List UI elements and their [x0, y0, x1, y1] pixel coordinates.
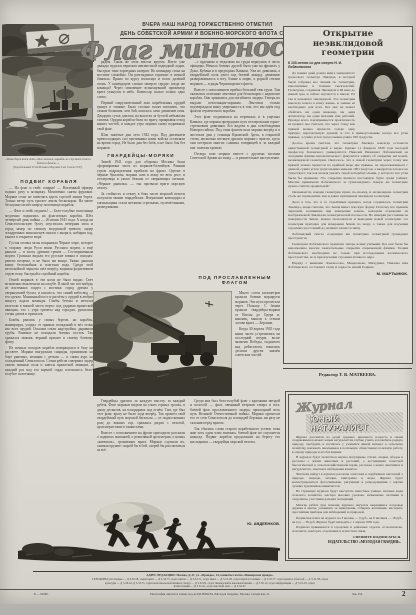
- paragraph: — Флаг и гюйс поднять! — Бело-голубые по…: [5, 209, 93, 239]
- feature-signature: М. МАРТЫНЮК.: [288, 271, 408, 276]
- ship-caption: «Пока держится хоть один человек, корабл…: [3, 158, 93, 170]
- paragraph: Шли тяжёлые дни лета 1942 года. Под давл…: [97, 133, 185, 150]
- paragraph: Многие ребята при помощи журнала научатс…: [292, 504, 403, 516]
- article-body: ...с орденами и медалями на груди вернул…: [190, 60, 280, 160]
- article-body: — На флаг и гюйс смирно! — Вахтенный офи…: [5, 186, 93, 376]
- paragraph: Дело в том, что в те отдалённые времена,…: [288, 200, 408, 230]
- soldiers-charging-illustration: [12, 499, 280, 565]
- article-body: Зимой 1941 года для обороны Москвы была …: [97, 160, 185, 209]
- magazine-ad-box: Журнал ЮНЫЙ НАТУРАЛИСТ Журнал рассчитан …: [285, 391, 410, 561]
- paragraph: Подписная плата на журнал: на 3 месяца —…: [292, 517, 403, 525]
- paragraph: За стойкость и отвагу в боях части морск…: [97, 192, 185, 209]
- article-body: Много сотен километров прошли боевые мар…: [235, 291, 280, 358]
- ship-caption-source: (Корабельный Устав Военно-Морских Сил Со…: [3, 166, 93, 170]
- paragraph: Наряду с именами Ломоносова, Менделеева,…: [288, 261, 408, 270]
- paragraph: Когда 30 апреля 1945 года наши части уст…: [235, 327, 280, 357]
- newspaper-page: ВЧЕРА НАШ НАРОД ТОРЖЕСТВЕННО ОТМЕТИЛ ДЕН…: [0, 0, 416, 615]
- section-heading-gvardeytsy-moryaki: ГВАРДЕЙЦЫ-МОРЯКИ: [97, 153, 185, 158]
- paragraph: Много сотен километров прошли боевые мар…: [235, 291, 280, 326]
- footer-phones: ТЕЛЕФОНЫ для справок — Д 3-30-58, секрет…: [36, 578, 384, 589]
- paragraph: Огней моряков в эти ночи не было видно. …: [5, 278, 93, 317]
- paragraph: В журнале будут печататься научно-популя…: [292, 456, 403, 472]
- footer-address: АДРЕС РЕДАКЦИИ: Москва, Д-47, ул. «Правд…: [60, 574, 360, 578]
- article-body: Среди них был бело-голубой флаг с красны…: [190, 399, 280, 444]
- ad-body: Журнал рассчитан на детей среднего школь…: [292, 436, 403, 534]
- paragraph: — На флаг и гюйс смирно! — Вахтенный офи…: [5, 186, 93, 208]
- paragraph: Отсюда шли моряки вместе с другими частя…: [190, 152, 280, 161]
- ad-closing: СПЕШИТЕ ПОДПИСАТЬСЯ.: [292, 535, 401, 539]
- paragraph: ...с орденами и медалями на груди вернул…: [190, 60, 280, 86]
- paragraph: Из ночных походов корабль возвращался в …: [5, 346, 93, 376]
- editor-line: Редактор Т. В. МАТВЕЕВА.: [283, 372, 412, 377]
- footer-rule-top: [33, 571, 412, 572]
- slogan-line-1: ВЧЕРА НАШ НАРОД ТОРЖЕСТВЕННО ОТМЕТИЛ: [142, 22, 272, 30]
- article-column-2: рядом. Такая же мгла висела кругом. Вахт…: [97, 60, 185, 291]
- footer-printer: Типография «Красное знамя» изд-ва ЦК ВЛК…: [70, 592, 350, 596]
- paragraph: Среди них был бело-голубой флаг с красны…: [190, 399, 280, 425]
- feature-title-line-2: геометрии: [322, 48, 375, 58]
- paragraph: Оказывается, каждая геометрия права по-с…: [288, 190, 408, 199]
- article-body: рядом. Такая же мгла висела кругом. Вахт…: [97, 60, 185, 150]
- ad-logo-title: ЮНЫЙ НАТУРАЛИСТ: [306, 412, 403, 434]
- article-body: Гвардейцы дрались за каждую высоту, за к…: [97, 399, 185, 453]
- feature-subtitle: К 100-летию со дня смерти Н. И. Лобачевс…: [288, 61, 344, 69]
- paragraph: рядом. Такая же мгла висела кругом. Вахт…: [97, 60, 185, 99]
- ad-publisher: ИЗДАТЕЛЬСТВО «МОЛОДАЯ ГВАРДИЯ».: [292, 540, 401, 544]
- editor-divider: [283, 368, 412, 369]
- paragraph: Этот флаг поднимался на перевалах и в ущ…: [190, 115, 280, 150]
- footer-order-number: Зак. 454.: [352, 592, 363, 596]
- paragraph: Гвардейцы дрались за каждую высоту, за к…: [97, 399, 185, 429]
- footer-rule-bottom: [0, 589, 416, 590]
- paragraph: Вместе с пополнением на фронт приходили …: [97, 431, 185, 453]
- section-heading-pod-proslavlennym-flagom: ПОД ПРОСЛАВЛЕННЫМ ФЛАГОМ: [190, 275, 280, 286]
- feature-title: Открытие неэвклидовой геометрии: [288, 30, 408, 59]
- paragraph: Геометрия Лобачевского признана теперь в…: [288, 242, 408, 259]
- paper-sheet: ВЧЕРА НАШ НАРОД ТОРЖЕСТВЕННО ОТМЕТИЛ ДЕН…: [0, 0, 416, 604]
- paragraph: Подписка принимается в городских и район…: [292, 526, 403, 534]
- feature-title-line-1: Открытие неэвклидовой: [313, 29, 383, 49]
- lobachevsky-portrait: [358, 61, 408, 127]
- article-column-2-bottom: Гвардейцы дрались за каждую высоту, за к…: [97, 399, 185, 499]
- article-column-1: ПОДВИГ КОРАБЛЯ — На флаг и гюйс смирно! …: [5, 176, 93, 498]
- katyusha-rocket-launcher-illustration: [93, 291, 232, 396]
- paragraph: Долгое время считали, что геометрия Эвкл…: [288, 141, 408, 188]
- destroyer-ship-illustration: [2, 56, 93, 156]
- page-number: 2: [402, 590, 406, 598]
- paragraph: На страницах журнала будут выступать изв…: [292, 490, 403, 502]
- section-heading-podvig-korablya: ПОДВИГ КОРАБЛЯ: [5, 179, 93, 184]
- ship-caption-text: «Пока держится хоть один человек, корабл…: [5, 157, 90, 165]
- paragraph: Первый сокрушительный залп корабельных о…: [97, 101, 185, 131]
- paragraph: Журнал рассчитан на детей среднего школь…: [292, 436, 403, 456]
- article-column-3: ...с орденами и медалями на груди вернул…: [190, 60, 280, 275]
- footer-phones-line-3: иллюстраций — Д 3-31-51, отдел местной с…: [174, 585, 247, 588]
- paragraph: Густая пелена мглы покрывала Чёрное море…: [5, 241, 93, 276]
- magazine-ad-inner: Журнал ЮНЫЙ НАТУРАЛИСТ Журнал рассчитан …: [288, 394, 408, 559]
- heading-line-1: ПОД ПРОСЛАВЛЕННЫМ: [198, 275, 271, 280]
- feature-article-box: Открытие неэвклидовой геометрии К 100-ле…: [283, 26, 413, 364]
- paragraph: Так сбылись слова старого корабельного у…: [190, 427, 280, 444]
- paragraph: Читатели найдут в журнале рассказы совет…: [292, 473, 403, 489]
- paragraph: Вместе с пополнением прибыл большой тюк …: [190, 88, 280, 114]
- heading-line-2: ФЛАГОМ: [222, 280, 248, 285]
- paragraph: Лобачевский считал созданную им геометри…: [288, 232, 408, 241]
- footer-index: Б — 00296.: [34, 592, 48, 596]
- paragraph: Зимой 1941 года для обороны Москвы была …: [97, 160, 185, 190]
- ad-logo-script: Журнал: [296, 398, 353, 414]
- paragraph: Бомбы рвались у самых бортов, но корабль…: [5, 318, 93, 344]
- article-column-3-narrow: Много сотен километров прошли боевые мар…: [235, 291, 280, 396]
